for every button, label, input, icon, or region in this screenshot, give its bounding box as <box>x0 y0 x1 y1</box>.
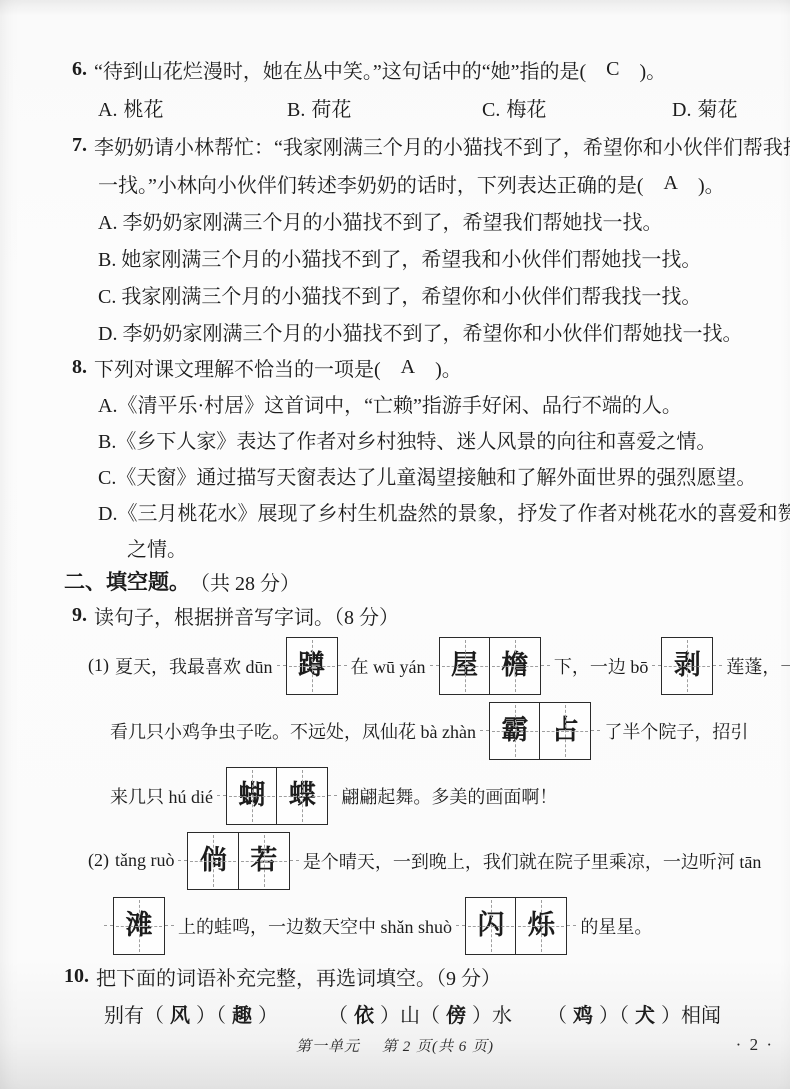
q7-stem-line2: 一找。”小林向小伙伴们转述李奶奶的话时，下列表达正确的是(A)。 <box>0 164 790 202</box>
q6-number: 6. <box>72 58 87 81</box>
q10-answer-3b: 犬 <box>635 1005 655 1027</box>
q7-stem-line1: 7. 李奶奶请小林帮忙：“我家刚满三个月的小猫找不到了，希望你和小伙伴们帮我找 <box>0 126 790 164</box>
q10-answer-1a: 风 <box>170 1005 190 1027</box>
writing-box-cell: 烁 <box>515 897 567 955</box>
q9-part2-line2: 滩 上的蛙鸣，一边数天空中 shǎn shuò 闪烁 的星星。 <box>0 893 790 958</box>
writing-box-group: 倘若 <box>178 832 298 890</box>
section-2-points: （共 28 分） <box>190 567 300 596</box>
writing-box-group: 滩 <box>104 897 174 955</box>
q10-number: 10. <box>64 965 89 988</box>
q7-answer: A <box>664 172 678 195</box>
q8-stem: 8. 下列对课文理解不恰当的一项是(A)。 <box>0 350 790 385</box>
q10-answer-1b: 趣 <box>232 1005 252 1027</box>
q6-option-a: A.桃花 <box>98 93 287 122</box>
section-2-header: 二、填空题。 （共 28 分） <box>0 565 790 597</box>
writing-box-cell: 闪 <box>465 897 517 955</box>
q7-option-a: A. 李奶奶家刚满三个月的小猫找不到了，希望我们帮她找一找。 <box>0 202 790 239</box>
test-paper-page: 6. “待到山花烂漫时，她在丛中笑。”这句话中的“她”指的是(C)。 A.桃花 … <box>0 0 790 1089</box>
writing-box-cell: 若 <box>238 832 290 890</box>
footer-unit-label: 第一单元 <box>296 1035 360 1056</box>
q8-option-d-continuation: 之情。 <box>0 529 790 565</box>
q8-number: 8. <box>72 356 87 379</box>
writing-box-group: 蹲 <box>277 637 347 695</box>
q7-option-c: C. 我家刚满三个月的小猫找不到了，希望你和小伙伴们帮我找一找。 <box>0 276 790 313</box>
q10-answer-2b: 傍 <box>446 1005 466 1027</box>
q8-option-c: C.《天窗》通过描写天窗表达了儿童渴望接触和了解外面世界的强烈愿望。 <box>0 457 790 493</box>
q9-part1-label: (1) <box>88 655 109 676</box>
writing-box-cell: 倘 <box>187 832 239 890</box>
q10-header: 10. 把下面的词语补充完整，再选词填空。（9 分） <box>0 958 790 994</box>
writing-box-group: 霸占 <box>480 702 600 760</box>
writing-box-cell: 剥 <box>661 637 713 695</box>
writing-box-cell: 蹲 <box>286 637 338 695</box>
q6-stem-text: “待到山花烂漫时，她在丛中笑。”这句话中的“她”指的是( <box>94 55 586 84</box>
page-footer: 第一单元 第 2 页(共 6 页) · 2 · <box>0 1032 790 1058</box>
q9-part1-line1: (1) 夏天，我最喜欢 dūn 蹲 在 wū yán 屋檐 下，一边 bō 剥 … <box>0 633 790 698</box>
q6-options: A.桃花 B.荷花 C.梅花 D.菊花 <box>0 88 790 126</box>
q10-answer-3a: 鸡 <box>573 1005 593 1027</box>
q10-phrase-2: （依）山（傍）水 <box>328 999 547 1028</box>
q9-part2-line1: (2) tǎng ruò 倘若 是个晴天，一到晚上，我们就在院子里乘凉，一边听河… <box>0 828 790 893</box>
footer-page-number: · 2 · <box>736 1032 774 1058</box>
q6-stem-close: )。 <box>640 55 667 84</box>
q7-number: 7. <box>72 134 87 157</box>
writing-box-cell: 蝴 <box>226 767 278 825</box>
q9-part2-label: (2) <box>88 850 109 871</box>
q10-answer-2a: 依 <box>354 1005 374 1027</box>
writing-box-group: 蝴蝶 <box>217 767 337 825</box>
writing-box-cell: 蝶 <box>276 767 328 825</box>
writing-box-group: 屋檐 <box>430 637 550 695</box>
q10-phrases: 别有（风）（趣） （依）山（傍）水 （鸡）（犬）相闻 <box>0 994 790 1032</box>
q6-option-b: B.荷花 <box>287 93 482 122</box>
q10-phrase-1: 别有（风）（趣） <box>104 999 328 1028</box>
q6-option-d: D.菊花 <box>672 93 790 122</box>
q8-option-d: D.《三月桃花水》展现了乡村生机盎然的景象，抒发了作者对桃花水的喜爱和赞美 <box>0 493 790 529</box>
q10-phrase-3: （鸡）（犬）相闻 <box>547 999 721 1028</box>
q9-number: 9. <box>72 604 87 627</box>
writing-box-cell: 霸 <box>489 702 541 760</box>
section-2-title: 二、填空题。 <box>64 566 190 596</box>
q7-option-b: B. 她家刚满三个月的小猫找不到了，希望我和小伙伴们帮她找一找。 <box>0 239 790 276</box>
writing-box-cell: 檐 <box>489 637 541 695</box>
q9-part1-line3: 来几只 hú dié 蝴蝶 翩翩起舞。多美的画面啊！ <box>0 763 790 828</box>
writing-box-group: 剥 <box>652 637 722 695</box>
writing-box-cell: 屋 <box>439 637 491 695</box>
q6-option-c: C.梅花 <box>482 93 672 122</box>
q9-part1-line2: 看几只小鸡争虫子吃。不远处，凤仙花 bà zhàn 霸占 了半个院子，招引 <box>0 698 790 763</box>
q7-option-d: D. 李奶奶家刚满三个月的小猫找不到了，希望你和小伙伴们帮她找一找。 <box>0 313 790 350</box>
writing-box-cell: 占 <box>539 702 591 760</box>
writing-box-group: 闪烁 <box>456 897 576 955</box>
footer-page-info: 第 2 页(共 6 页) <box>382 1035 494 1056</box>
q8-option-a: A.《清平乐·村居》这首词中，“亡赖”指游手好闲、品行不端的人。 <box>0 385 790 421</box>
q9-header: 9. 读句子，根据拼音写字词。（8 分） <box>0 597 790 633</box>
q6-answer: C <box>606 58 619 81</box>
q8-answer: A <box>401 356 415 379</box>
writing-box-cell: 滩 <box>113 897 165 955</box>
q8-option-b: B.《乡下人家》表达了作者对乡村独特、迷人风景的向往和喜爱之情。 <box>0 421 790 457</box>
q6-stem: 6. “待到山花烂漫时，她在丛中笑。”这句话中的“她”指的是(C)。 <box>0 50 790 88</box>
